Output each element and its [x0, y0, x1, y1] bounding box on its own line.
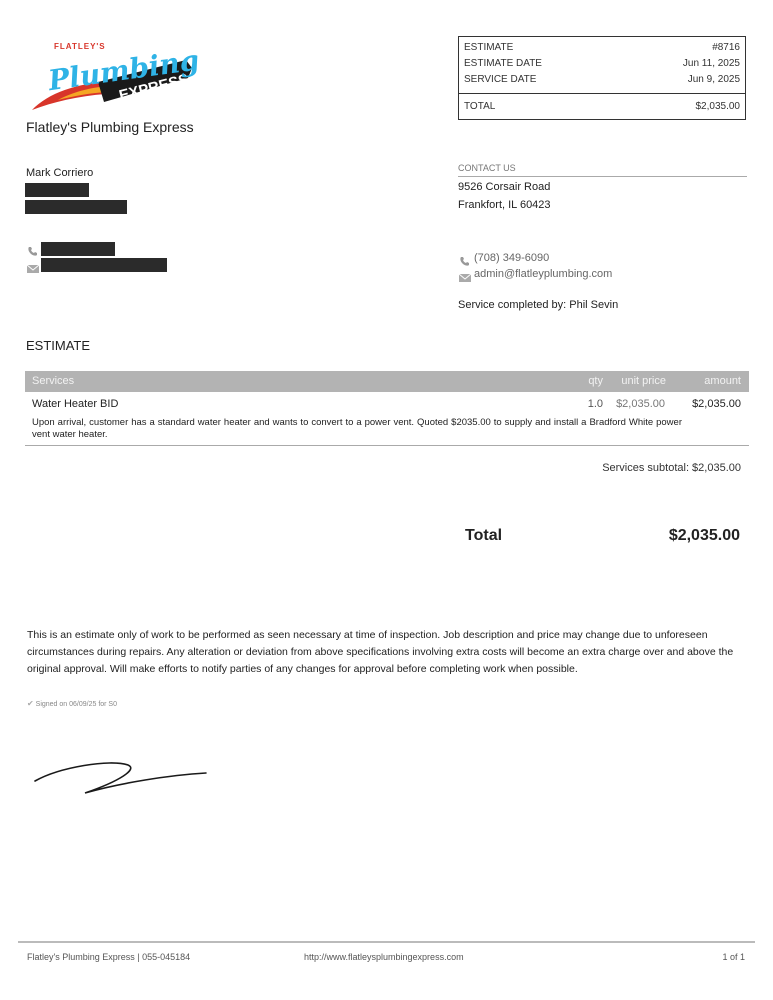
check-icon: ✔ — [27, 699, 34, 708]
estimate-total-label: TOTAL — [464, 99, 495, 115]
item-amount: $2,035.00 — [692, 398, 741, 410]
signature-image — [30, 755, 210, 800]
mail-icon — [27, 261, 38, 271]
col-services: Services — [32, 371, 74, 392]
contact-mail-icon — [459, 270, 471, 288]
footer-page-number: 1 of 1 — [722, 952, 745, 962]
svg-text:FLATLEY'S: FLATLEY'S — [54, 42, 106, 51]
service-date-label: SERVICE DATE — [464, 72, 536, 88]
redacted-customer-phone — [41, 242, 115, 256]
table-divider — [25, 445, 749, 446]
signed-text: Signed on 06/09/25 for S0 — [36, 701, 117, 708]
estimate-section-title: ESTIMATE — [26, 338, 90, 353]
logo-graphic: EXPRESS Plumbing FLATLEY'S — [28, 38, 198, 116]
col-amount: amount — [704, 371, 741, 392]
footer-website[interactable]: http://www.flatleysplumbingexpress.com — [304, 952, 464, 962]
contact-address-line2: Frankfort, IL 60423 — [458, 199, 551, 211]
company-logo: EXPRESS Plumbing FLATLEY'S — [28, 38, 198, 116]
footer-divider — [18, 941, 755, 943]
footer-company: Flatley's Plumbing Express | 055-045184 — [27, 952, 190, 962]
contact-us-label: CONTACT US — [458, 163, 747, 177]
item-qty: 1.0 — [588, 398, 603, 410]
redacted-address-line2 — [25, 200, 127, 214]
phone-icon — [27, 244, 38, 254]
signed-line: ✔ Signed on 06/09/25 for S0 — [27, 699, 117, 708]
estimate-total-row: TOTAL $2,035.00 — [459, 94, 745, 115]
estimate-date-row: ESTIMATE DATE Jun 11, 2025 — [459, 56, 745, 72]
redacted-customer-email — [41, 258, 167, 272]
contact-email[interactable]: admin@flatleyplumbing.com — [474, 268, 612, 280]
estimate-number-row: ESTIMATE #8716 — [459, 40, 745, 56]
customer-name: Mark Corriero — [26, 167, 93, 179]
services-table-header: Services qty unit price amount — [25, 371, 749, 392]
redacted-address-line1 — [25, 183, 89, 197]
estimate-total-value: $2,035.00 — [696, 99, 741, 115]
terms-text: This is an estimate only of work to be p… — [27, 627, 747, 678]
estimate-summary-box: ESTIMATE #8716 ESTIMATE DATE Jun 11, 202… — [458, 36, 746, 120]
total-value: $2,035.00 — [669, 527, 740, 545]
col-unit-price: unit price — [621, 371, 666, 392]
item-unit-price: $2,035.00 — [616, 398, 665, 410]
item-description: Upon arrival, customer has a standard wa… — [32, 417, 682, 441]
estimate-date-label: ESTIMATE DATE — [464, 56, 542, 72]
company-name: Flatley's Plumbing Express — [26, 119, 194, 135]
contact-phone[interactable]: (708) 349-6090 — [474, 252, 549, 264]
service-completed-by: Service completed by: Phil Sevin — [458, 299, 618, 311]
estimate-number: #8716 — [712, 40, 740, 56]
estimate-date: Jun 11, 2025 — [683, 56, 740, 72]
services-subtotal: Services subtotal: $2,035.00 — [602, 462, 741, 474]
item-name: Water Heater BID — [32, 398, 118, 410]
estimate-label: ESTIMATE — [464, 40, 513, 56]
service-date: Jun 9, 2025 — [688, 72, 740, 88]
total-label: Total — [465, 527, 502, 545]
contact-address-line1: 9526 Corsair Road — [458, 181, 550, 193]
service-date-row: SERVICE DATE Jun 9, 2025 — [459, 72, 745, 88]
col-qty: qty — [588, 371, 603, 392]
